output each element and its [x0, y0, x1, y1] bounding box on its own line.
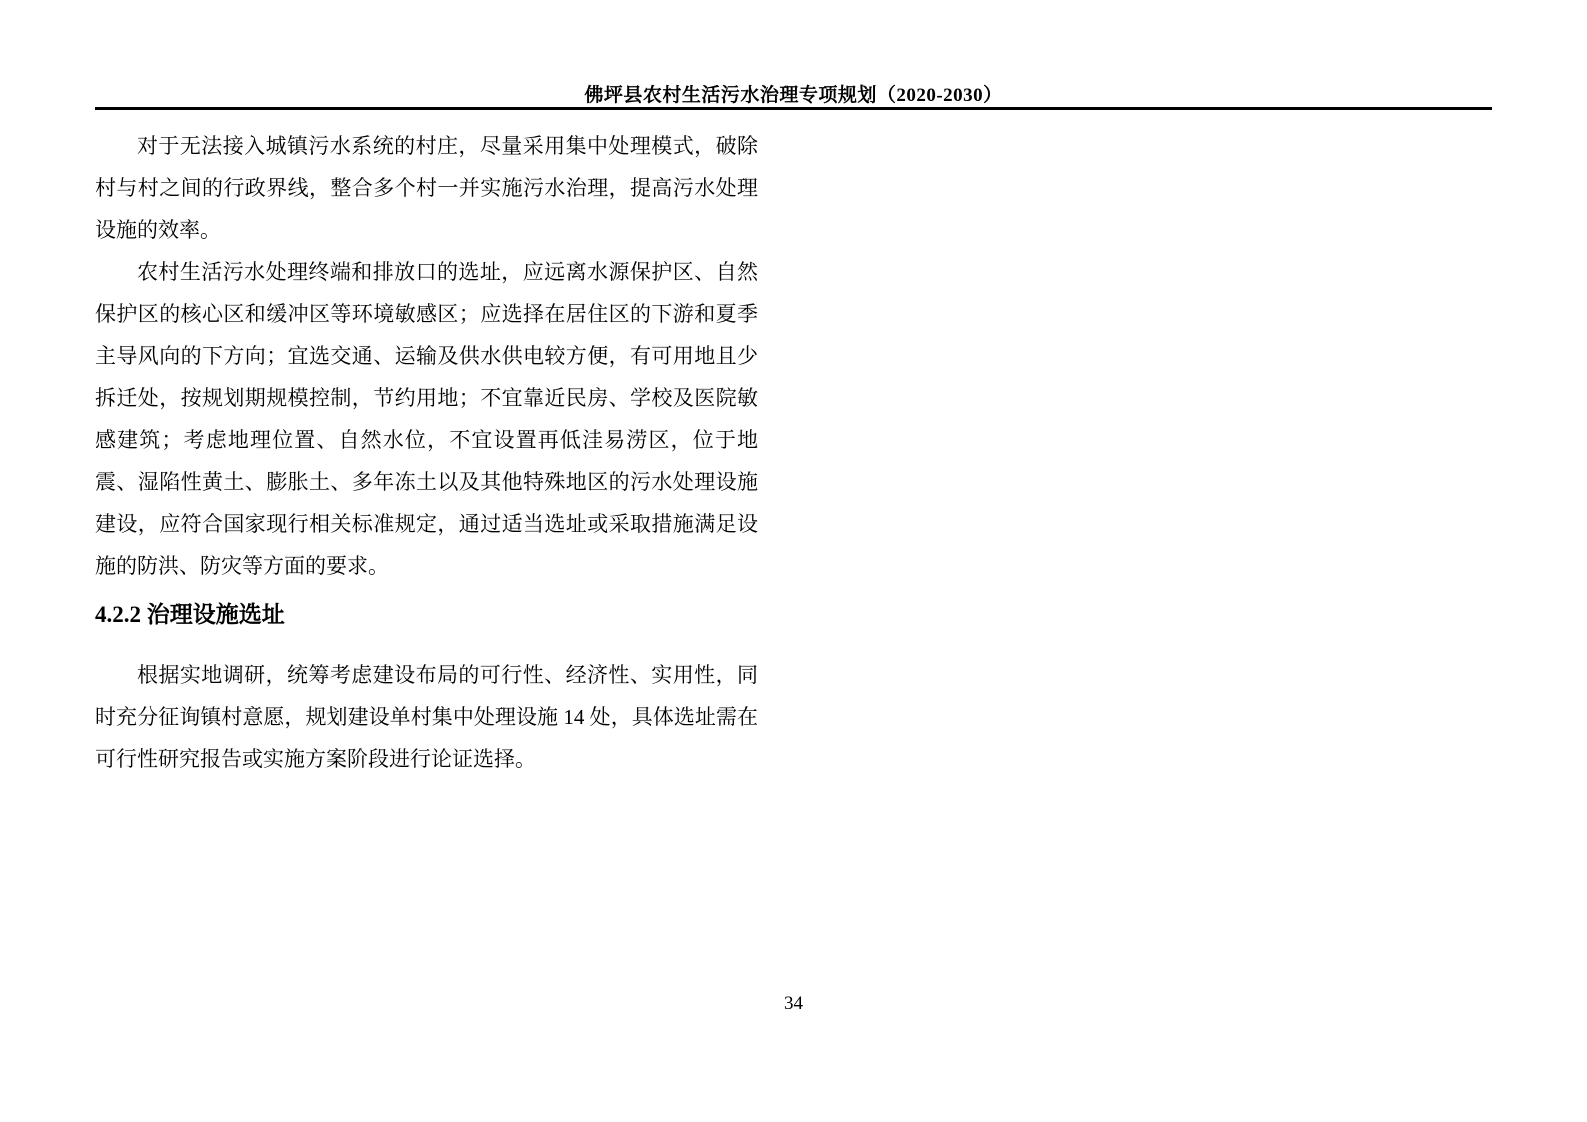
header-rule: [95, 107, 1492, 110]
paragraph-facility-planning: 根据实地调研，统筹考虑建设布局的可行性、经济性、实用性，同时充分征询镇村意愿，规…: [95, 654, 758, 780]
header-title: 佛坪县农村生活污水治理专项规划（2020-2030）: [0, 84, 1587, 108]
document-body: 对于无法接入城镇污水系统的村庄，尽量采用集中处理模式，破除村与村之间的行政界线，…: [95, 125, 758, 780]
section-heading-4-2-2: 4.2.2 治理设施选址: [95, 593, 758, 637]
page-number: 34: [784, 993, 803, 1014]
paragraph-centralized-treatment: 对于无法接入城镇污水系统的村庄，尽量采用集中处理模式，破除村与村之间的行政界线，…: [95, 125, 758, 251]
paragraph-siting-requirements: 农村生活污水处理终端和排放口的选址，应远离水源保护区、自然保护区的核心区和缓冲区…: [95, 251, 758, 587]
page-footer: 34: [0, 992, 1587, 1016]
document-page: 佛坪县农村生活污水治理专项规划（2020-2030） 对于无法接入城镇污水系统的…: [0, 0, 1587, 1122]
